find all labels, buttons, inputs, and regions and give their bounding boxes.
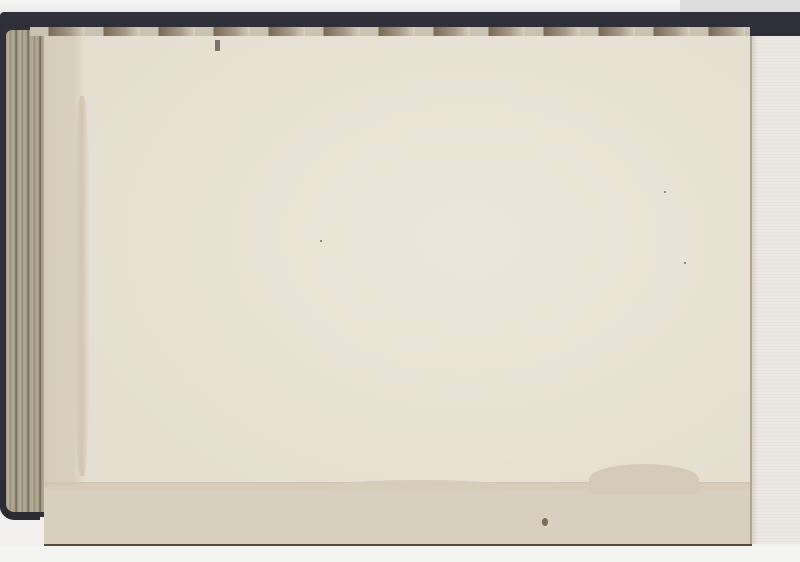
water-stain-hump-small [334,480,504,492]
spot-mark [320,240,322,242]
page-top-edge [30,27,750,36]
hinge-shadow [750,36,758,544]
tape-mark [215,40,220,51]
spot-mark [684,262,686,264]
spot-mark [542,518,548,526]
spot-mark [664,191,666,193]
blank-page [44,36,752,546]
background-bottom [0,546,800,562]
water-stain-hump [589,464,699,494]
water-stain-bottom [44,486,752,544]
water-stain-left-edge [74,96,90,476]
